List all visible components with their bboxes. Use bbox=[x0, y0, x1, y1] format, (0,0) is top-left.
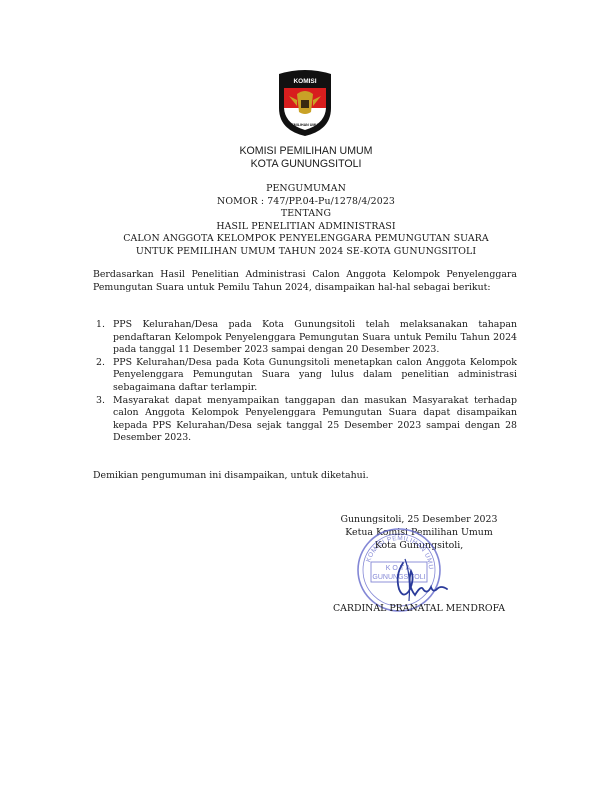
institution-name: KOMISI PEMILIHAN UMUM bbox=[0, 145, 612, 158]
document-page: KOMISI PEMILIHAN UMUM KOMISI PEMILIHAN U… bbox=[0, 0, 612, 792]
kpu-logo-icon: KOMISI PEMILIHAN UMUM bbox=[275, 68, 335, 138]
announcement-about: TENTANG bbox=[0, 208, 612, 221]
institution-city: KOTA GUNUNGSITOLI bbox=[0, 158, 612, 171]
announcement-subject-1: HASIL PENELITIAN ADMINISTRASI bbox=[0, 221, 612, 234]
closing-statement: Demikian pengumuman ini disampaikan, unt… bbox=[93, 470, 517, 483]
svg-text:KOMISI: KOMISI bbox=[293, 78, 316, 85]
list-item-text: Masyarakat dapat menyampaikan tanggapan … bbox=[113, 395, 517, 444]
list-item: 1. PPS Kelurahan/Desa pada Kota Gunungsi… bbox=[93, 319, 517, 357]
list-item: 2. PPS Kelurahan/Desa pada Kota Gunungsi… bbox=[93, 357, 517, 395]
announcement-subject-2: CALON ANGGOTA KELOMPOK PENYELENGGARA PEM… bbox=[0, 233, 612, 246]
announcement-subject-3: UNTUK PEMILIHAN UMUM TAHUN 2024 SE-KOTA … bbox=[0, 246, 612, 259]
list-item-text: PPS Kelurahan/Desa pada Kota Gunungsitol… bbox=[113, 319, 517, 355]
signatory-name: CARDINAL PRANATAL MENDROFA bbox=[310, 603, 528, 616]
handwritten-signature bbox=[385, 555, 455, 605]
intro-paragraph: Berdasarkan Hasil Penelitian Administras… bbox=[93, 269, 517, 294]
svg-text:PEMILIHAN UMUM: PEMILIHAN UMUM bbox=[289, 123, 321, 127]
announcement-heading: PENGUMUMAN bbox=[0, 183, 612, 196]
list-item-text: PPS Kelurahan/Desa pada Kota Gunungsitol… bbox=[113, 357, 517, 393]
signature-place-date: Gunungsitoli, 25 Desember 2023 bbox=[310, 514, 528, 527]
list-item: 3. Masyarakat dapat menyampaikan tanggap… bbox=[93, 395, 517, 445]
announcement-list: 1. PPS Kelurahan/Desa pada Kota Gunungsi… bbox=[93, 319, 517, 445]
list-item-number: 1. bbox=[96, 319, 105, 332]
list-item-number: 2. bbox=[96, 357, 105, 370]
list-item-number: 3. bbox=[96, 395, 105, 408]
announcement-number: NOMOR : 747/PP.04-Pu/1278/4/2023 bbox=[0, 196, 612, 209]
